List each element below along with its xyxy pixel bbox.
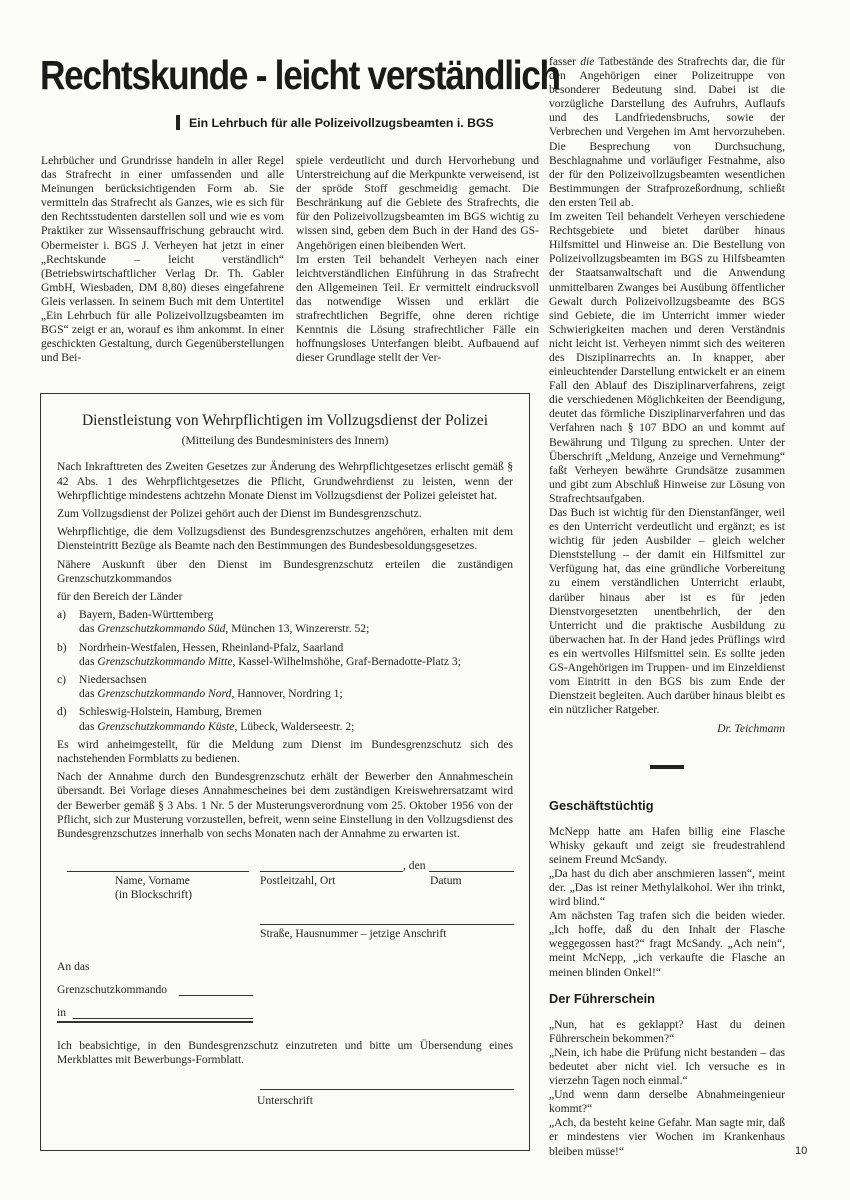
list-label: c) [57,673,79,701]
list-label: d) [57,705,79,733]
notice-paragraph: Zum Vollzugsdienst der Polizei gehört au… [57,507,513,521]
notice-paragraph: Wehrpflichtige, die dem Vollzugsdienst d… [57,525,513,553]
street-label: Straße, Hausnummer – jetzige Anschrift [260,927,446,941]
address-underline [57,1021,253,1023]
joke-title: Der Führerschein [549,992,785,1006]
command-name: Grenzschutzkommando Mitte [97,655,232,668]
article-paragraph: Das Buch ist wichtig für den Dienstanfän… [549,506,785,717]
article-column-2: spiele verdeutlicht und durch Hervorhebu… [296,154,539,365]
in-label: in [57,1006,66,1020]
an-das-label: An das [57,960,90,974]
emphasis: die [580,55,594,68]
command-address: , Hannover, Nordring 1; [231,687,342,700]
article-paragraph: Im zweiten Teil behandelt Verheyen versc… [549,210,785,506]
joke-paragraph: McNepp hatte am Hafen billig eine Flasch… [549,825,785,867]
statement: Ich beabsichtige, in den Bundesgrenzschu… [57,1039,513,1067]
page-number: 10 [795,1145,807,1157]
article-subtitle-text: Ein Lehrbuch für alle Polizeivollzugsbea… [189,116,494,130]
command-states: Nordrhein-Westfalen, Hessen, Rheinland-P… [79,641,461,655]
command-address: , München 13, Winzererstr. 52; [225,622,369,635]
text-span: fasser [549,55,580,68]
command-name: Grenzschutzkommando Nord [97,687,231,700]
in-field-line[interactable] [73,1018,253,1019]
command-address: , Lübeck, Walderseestr. 2; [234,720,354,733]
command-field-line[interactable] [179,995,253,996]
article-column-1: Lehrbücher und Grundrisse handeln in all… [41,154,284,365]
den-label: , den [403,859,426,873]
street-field-line[interactable] [260,924,514,925]
command-states: Schleswig-Holstein, Hamburg, Bremen [79,705,354,719]
section-divider [650,765,684,769]
place-field-line[interactable] [260,871,403,872]
joke-paragraph: „Und wenn dann derselbe Abnahmeingenieur… [549,1088,785,1116]
name-field-line[interactable] [67,871,249,872]
joke-paragraph: „Nun, hat es geklappt? Hast du deinen Fü… [549,1018,785,1046]
notice-paragraph: für den Bereich der Länder [57,590,513,604]
date-field-line[interactable] [429,871,514,872]
joke-title: Geschäftstüchtig [549,799,785,813]
application-form: Name, Vorname (in Blockschrift) , den Po… [57,861,513,1141]
joke-paragraph: „Da hast du dich aber anschmieren lassen… [549,867,785,909]
command-item: b) Nordrhein-Westfalen, Hessen, Rheinlan… [57,641,513,669]
joke-paragraph: „Ach, da besteht keine Gefahr. Man sagte… [549,1116,785,1158]
notice-subtitle: (Mitteilung des Bundesministers des Inne… [57,434,513,448]
name-label: Name, Vorname [115,874,190,888]
command-address: , Kassel-Wilhelmshöhe, Graf-Bernadotte-P… [233,655,461,668]
article-paragraph: Im ersten Teil behandelt Verheyen nach e… [296,253,539,366]
text-span: das [79,655,97,668]
command-name: Grenzschutzkommando Küste [97,720,234,733]
notice-paragraph: Es wird anheimgestellt, für die Meldung … [57,738,513,766]
signature-field-line[interactable] [260,1089,514,1090]
notice-paragraph: Nähere Auskunft über den Dienst im Bunde… [57,558,513,586]
text-span: das [79,720,97,733]
text-span: das [79,687,97,700]
notice-title: Dienstleistung von Wehrpflichtigen im Vo… [57,414,513,428]
notice-paragraph: Nach der Annahme durch den Bundesgrenzsc… [57,770,513,841]
list-label: a) [57,608,79,636]
subtitle-bar [176,115,180,130]
article-author: Dr. Teichmann [549,722,785,736]
command-item: c) Niedersachsen das Grenzschutzkommando… [57,673,513,701]
command-item: d) Schleswig-Holstein, Hamburg, Bremen d… [57,705,513,733]
place-label: Postleitzahl, Ort [260,874,335,888]
article-paragraph: spiele verdeutlicht und durch Hervorhebu… [296,154,539,253]
command-name: Grenzschutzkommando Süd [97,622,225,635]
article-paragraph: Lehrbücher und Grundrisse handeln in all… [41,154,284,365]
article-column-3: fasser die Tatbestände des Strafrechts d… [549,55,785,1159]
notice-paragraph: Nach Inkrafttreten des Zweiten Gesetzes … [57,460,513,503]
joke-paragraph: Am nächsten Tag trafen sich die beiden w… [549,909,785,979]
joke-paragraph: „Nein, ich habe die Prüfung nicht bestan… [549,1046,785,1088]
command-label: Grenzschutzkommando [57,983,167,997]
text-span: Tatbestände des Strafrechts dar, die für… [549,55,785,209]
text-span: das [79,622,97,635]
command-states: Bayern, Baden-Württemberg [79,608,369,622]
list-label: b) [57,641,79,669]
signature-label: Unterschrift [257,1094,313,1108]
article-subtitle: Ein Lehrbuch für alle Polizeivollzugsbea… [176,115,494,130]
article-paragraph: fasser die Tatbestände des Strafrechts d… [549,55,785,210]
command-states: Niedersachsen [79,673,343,687]
notice-box: Dienstleistung von Wehrpflichtigen im Vo… [40,393,530,1151]
article-title: Rechtskunde - leicht verständlich [40,52,560,99]
command-item: a) Bayern, Baden-Württemberg das Grenzsc… [57,608,513,636]
name-sublabel: (in Blockschrift) [115,888,192,902]
date-label: Datum [430,874,462,888]
